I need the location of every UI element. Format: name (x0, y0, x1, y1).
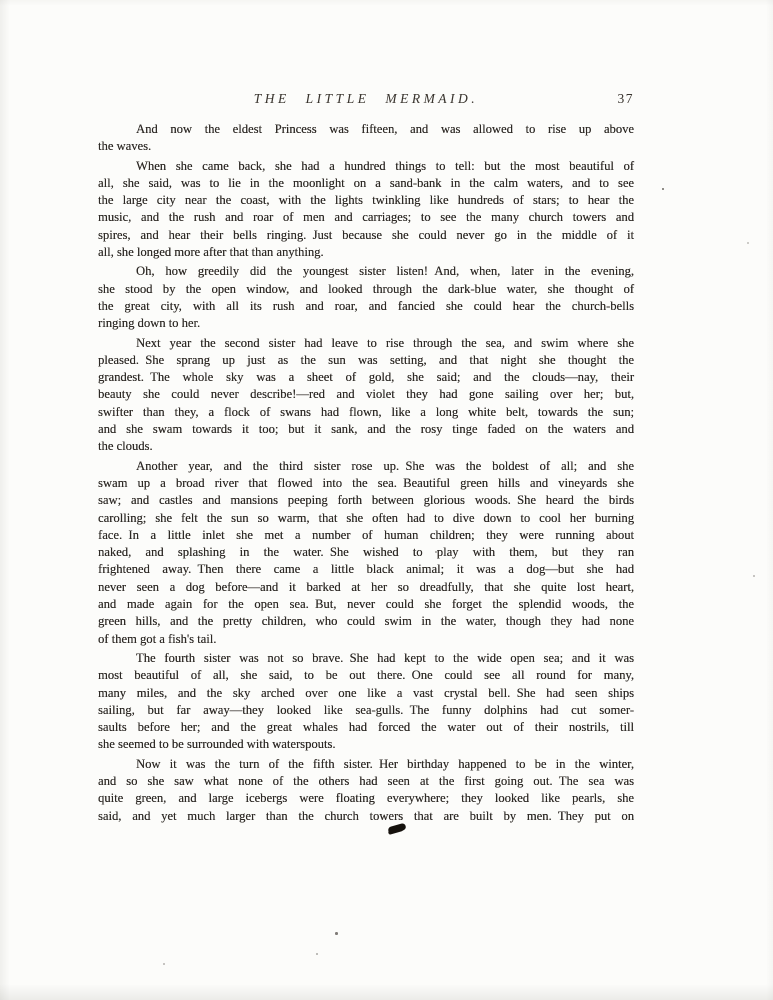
text-line: the great city, with all its rush and ro… (98, 298, 634, 315)
text-line: Oh, how greedily did the youngest sister… (98, 263, 634, 280)
text-line: of them got a fish's tail. (98, 631, 634, 648)
text-line: spires, and hear their bells ringing. Ju… (98, 227, 634, 244)
text-line: face. In a little inlet she met a number… (98, 527, 634, 544)
paragraph: Another year, and the third sister rose … (98, 458, 634, 648)
text-line: and she swam towards it too; but it sank… (98, 421, 634, 438)
text-line: ringing down to her. (98, 315, 634, 332)
text-line: The fourth sister was not so brave. She … (98, 650, 634, 667)
paragraph: And now the eldest Princess was fifteen,… (98, 121, 634, 156)
text-line: saults before her; and the great whales … (98, 719, 634, 736)
paragraph: The fourth sister was not so brave. She … (98, 650, 634, 754)
text-line: grandest. The whole sky was a sheet of g… (98, 369, 634, 386)
text-line: saw; and castles and mansions peeping fo… (98, 492, 634, 509)
paragraph: Oh, how greedily did the youngest sister… (98, 263, 634, 332)
ink-speck (753, 575, 755, 577)
text-line: the clouds. (98, 438, 634, 455)
text-line: many miles, and the sky arched over one … (98, 685, 634, 702)
text-line: all, she longed more after that than any… (98, 244, 634, 261)
text-line: the waves. (98, 138, 634, 155)
text-line: beauty she could never describe!—red and… (98, 386, 634, 403)
text-line: green hills, and the pretty children, wh… (98, 613, 634, 630)
text-line: she seemed to be surrounded with watersp… (98, 736, 634, 753)
text-line: quite green, and large icebergs were flo… (98, 790, 634, 807)
text-line: And now the eldest Princess was fifteen,… (98, 121, 634, 138)
text-line: naked, and splashing in the water. She w… (98, 544, 634, 561)
scanned-book-page: THE LITTLE MERMAID. 37 And now the eldes… (0, 0, 773, 1000)
text-line: swam up a broad river that flowed into t… (98, 475, 634, 492)
paragraph: When she came back, she had a hundred th… (98, 158, 634, 262)
ink-speck (163, 963, 165, 965)
paragraph: Next year the second sister had leave to… (98, 335, 634, 456)
text-line: and so she saw what none of the others h… (98, 773, 634, 790)
text-line: When she came back, she had a hundred th… (98, 158, 634, 175)
page-number: 37 (618, 91, 635, 107)
text-line: never seen a dog before—and it barked at… (98, 579, 634, 596)
text-line: frightened away. Then there came a littl… (98, 561, 634, 578)
text-line: Next year the second sister had leave to… (98, 335, 634, 352)
text-line: most beautiful of all, she said, to be o… (98, 667, 634, 684)
ink-speck (316, 953, 318, 955)
text-line: music, and the rush and roar of men and … (98, 209, 634, 226)
text-line: the large city near the coast, with the … (98, 192, 634, 209)
text-block: And now the eldest Princess was fifteen,… (98, 121, 634, 825)
ink-speck (335, 932, 338, 935)
paragraph: Now it was the turn of the fifth sister.… (98, 756, 634, 825)
scan-edge-shading-top (0, 0, 773, 6)
ink-speck (747, 242, 749, 244)
text-line: said, and yet much larger than the churc… (98, 808, 634, 825)
text-line: Another year, and the third sister rose … (98, 458, 634, 475)
text-line: sailing, but far away—they looked like s… (98, 702, 634, 719)
text-line: she stood by the open window, and looked… (98, 281, 634, 298)
running-header: THE LITTLE MERMAID. 37 (98, 91, 634, 108)
scan-edge-shading-left (0, 0, 10, 1000)
text-line: carolling; she felt the sun so warm, tha… (98, 510, 634, 527)
page-title: THE LITTLE MERMAID. (98, 91, 634, 107)
scan-edge-shading-bottom (0, 984, 773, 1000)
text-line: Now it was the turn of the fifth sister.… (98, 756, 634, 773)
text-line: all, she said, was to lie in the moonlig… (98, 175, 634, 192)
scan-edge-shading-right (766, 0, 773, 1000)
text-line: and made again for the open sea. But, ne… (98, 596, 634, 613)
text-line: pleased. She sprang up just as the sun w… (98, 352, 634, 369)
ink-speck (662, 188, 664, 190)
text-line: swifter than they, a flock of swans had … (98, 404, 634, 421)
ink-speck (435, 551, 437, 553)
